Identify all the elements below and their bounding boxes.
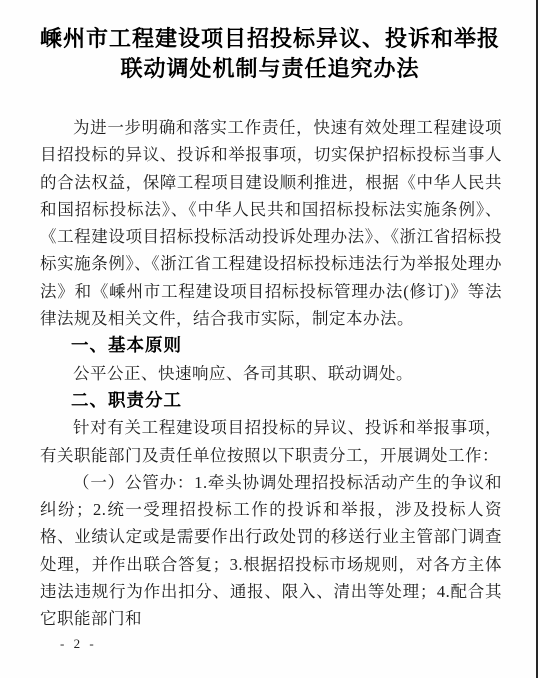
paragraph-principles: 公平公正、快速响应、各司其职、联动调处。 <box>40 360 502 387</box>
document-body: 为进一步明确和落实工作责任，快速有效处理工程建设项目招投标的异议、投诉和举报事项… <box>40 114 502 633</box>
document-title: 嵊州市工程建设项目招投标异议、投诉和举报 联动调处机制与责任追究办法 <box>30 24 510 84</box>
document-page: 嵊州市工程建设项目招投标异议、投诉和举报 联动调处机制与责任追究办法 为进一步明… <box>0 0 540 678</box>
paragraph-intro: 为进一步明确和落实工作责任，快速有效处理工程建设项目招投标的异议、投诉和举报事项… <box>40 114 502 332</box>
paragraph-duties-item-1: （一）公管办：1.牵头协调处理招投标活动产生的争议和纠纷；2.统一受理招投标工作… <box>40 469 502 633</box>
title-line-2: 联动调处机制与责任追究办法 <box>30 54 510 84</box>
section-heading-basic-principles: 一、基本原则 <box>40 332 502 359</box>
title-line-1: 嵊州市工程建设项目招投标异议、投诉和举报 <box>30 24 510 54</box>
paragraph-duties-intro: 针对有关工程建设项目招投标的异议、投诉和举报事项，有关职能部门及责任单位按照以下… <box>40 414 502 469</box>
section-heading-duty-division: 二、职责分工 <box>40 387 502 414</box>
page-edge-line <box>536 0 538 678</box>
page-number: - 2 - <box>60 636 97 652</box>
